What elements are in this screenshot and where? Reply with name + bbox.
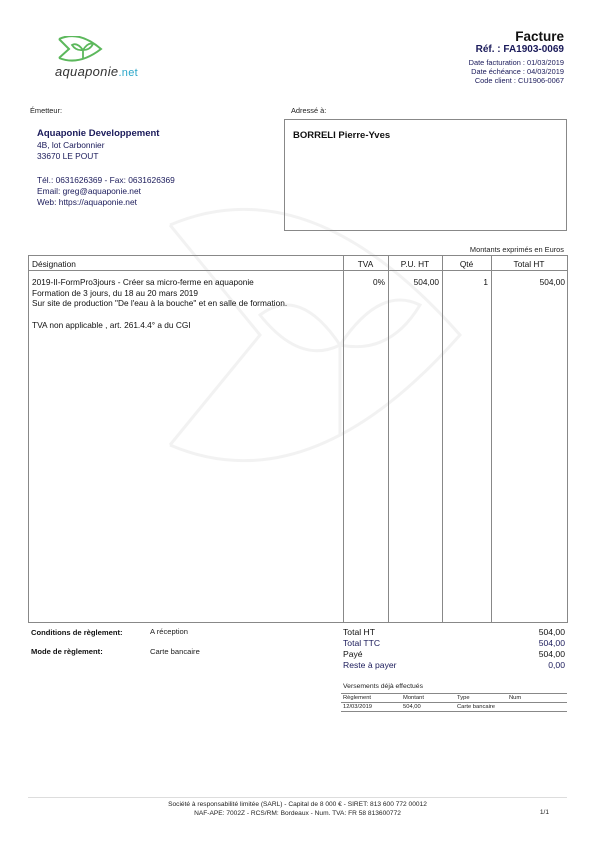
recipient-block: BORRELI Pierre-Yves bbox=[284, 119, 567, 231]
total-value: 0,00 bbox=[548, 660, 565, 671]
col-header-tva: TVA bbox=[343, 259, 388, 269]
row-qty: 1 bbox=[442, 277, 488, 287]
conditions-value: A réception bbox=[150, 627, 188, 636]
table-row-description: 2019-II-FormPro3jours - Créer sa micro-f… bbox=[32, 277, 287, 331]
fish-sprout-logo-icon bbox=[57, 36, 103, 62]
recipient-name: BORRELI Pierre-Yves bbox=[293, 130, 390, 141]
col-header-qty: Qté bbox=[442, 259, 491, 269]
total-label: Reste à payer bbox=[343, 660, 397, 671]
emitter-name: Aquaponie Developpement bbox=[37, 128, 159, 139]
description-line: 2019-II-FormPro3jours - Créer sa micro-f… bbox=[32, 277, 287, 288]
description-line: Sur site de production "De l'eau à la bo… bbox=[32, 298, 287, 309]
invoice-lines-table: Désignation TVA P.U. HT Qté Total HT 201… bbox=[28, 255, 568, 623]
payments-row: 12/03/2019 504,00 Carte bancaire bbox=[341, 703, 567, 711]
footer-divider bbox=[28, 797, 567, 798]
invoice-reference: Réf. : FA1903-0069 bbox=[476, 44, 564, 55]
column-divider bbox=[343, 256, 344, 622]
row-unit-price: 504,00 bbox=[388, 277, 439, 287]
payment-mode-value: Carte bancaire bbox=[150, 647, 200, 656]
currency-note: Montants exprimés en Euros bbox=[470, 245, 564, 254]
emitter-phone-fax: Tél.: 0631626369 - Fax: 0631626369 bbox=[37, 175, 175, 186]
footer-line-1: Société à responsabilité limitée (SARL) … bbox=[0, 800, 595, 809]
col-header-unit-price: P.U. HT bbox=[388, 259, 442, 269]
column-divider bbox=[491, 256, 492, 622]
description-line bbox=[32, 309, 287, 320]
footer-line-2: NAF-APE: 7002Z - RCS/RM: Bordeaux - Num.… bbox=[0, 809, 595, 818]
payments-col-type: Type bbox=[457, 695, 470, 701]
total-value: 504,00 bbox=[539, 627, 565, 638]
total-label: Total TTC bbox=[343, 638, 380, 649]
recipient-label: Adressé à: bbox=[291, 106, 326, 115]
col-header-designation: Désignation bbox=[32, 259, 76, 269]
page-number: 1/1 bbox=[540, 809, 549, 816]
emitter-address-2: 33670 LE POUT bbox=[37, 151, 98, 162]
emitter-web: Web: https://aquaponie.net bbox=[37, 197, 137, 208]
col-header-total: Total HT bbox=[491, 259, 567, 269]
logo-suffix: .net bbox=[118, 67, 138, 79]
due-date: Date échéance : 04/03/2019 bbox=[471, 67, 564, 76]
total-label: Total HT bbox=[343, 627, 375, 638]
payments-title: Versements déjà effectués bbox=[343, 683, 423, 690]
company-logo: aquaponie.net bbox=[55, 36, 135, 86]
column-divider bbox=[388, 256, 389, 622]
emitter-block: Aquaponie Developpement 4B, lot Carbonni… bbox=[29, 120, 274, 210]
invoice-date: Date facturation : 01/03/2019 bbox=[469, 58, 564, 67]
payments-table: Règlement Montant Type Num 12/03/2019 50… bbox=[341, 693, 567, 712]
total-ht-row: Total HT 504,00 bbox=[343, 627, 565, 638]
total-value: 504,00 bbox=[539, 638, 565, 649]
remaining-row: Reste à payer 0,00 bbox=[343, 660, 565, 671]
total-value: 504,00 bbox=[539, 649, 565, 660]
emitter-label: Émetteur: bbox=[30, 106, 62, 115]
payments-header-row: Règlement Montant Type Num bbox=[341, 694, 567, 703]
payment-amount: 504,00 bbox=[403, 704, 421, 710]
row-tva: 0% bbox=[343, 277, 385, 287]
total-ttc-row: Total TTC 504,00 bbox=[343, 638, 565, 649]
payments-col-num: Num bbox=[509, 695, 521, 701]
document-title: Facture bbox=[515, 29, 564, 44]
total-label: Payé bbox=[343, 649, 363, 660]
payment-date: 12/03/2019 bbox=[343, 704, 372, 710]
emitter-email: Email: greg@aquaponie.net bbox=[37, 186, 141, 197]
header-divider bbox=[29, 270, 567, 271]
description-line: TVA non applicable , art. 261.4.4° a du … bbox=[32, 320, 287, 331]
row-total: 504,00 bbox=[491, 277, 565, 287]
conditions-label: Conditions de règlement: bbox=[31, 628, 123, 637]
payments-col-settlement: Règlement bbox=[343, 695, 371, 701]
payment-mode-label: Mode de règlement: bbox=[31, 647, 103, 656]
payment-type: Carte bancaire bbox=[457, 704, 495, 710]
legal-footer: Société à responsabilité limitée (SARL) … bbox=[0, 800, 595, 818]
paid-row: Payé 504,00 bbox=[343, 649, 565, 660]
logo-name: aquaponie bbox=[55, 64, 118, 79]
description-line: Formation de 3 jours, du 18 au 20 mars 2… bbox=[32, 288, 287, 299]
column-divider bbox=[442, 256, 443, 622]
emitter-address-1: 4B, lot Carbonnier bbox=[37, 140, 105, 151]
payments-col-amount: Montant bbox=[403, 695, 424, 701]
client-code: Code client : CU1906-0067 bbox=[475, 76, 564, 85]
